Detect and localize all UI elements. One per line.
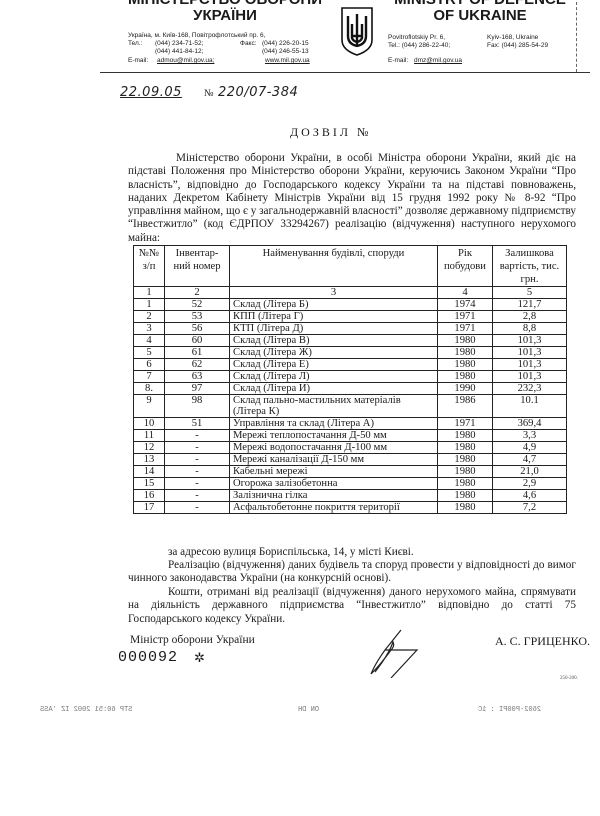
table-row: 253КПП (Літера Г)19712,8 bbox=[134, 311, 567, 323]
table-row: 8.97Склад (Літера И)1990232,3 bbox=[134, 383, 567, 395]
table-header-row: №№ з/п Інвентар-ний номер Найменування б… bbox=[134, 246, 567, 287]
serial-mark-icon: ✲ bbox=[194, 650, 205, 666]
letterhead-email-en[interactable]: dmz@mil.gov.ua bbox=[414, 57, 462, 66]
property-table: №№ з/п Інвентар-ний номер Найменування б… bbox=[133, 245, 567, 514]
row-name: Мережі теплопостачання Д-50 мм bbox=[230, 430, 438, 442]
row-year: 1980 bbox=[438, 490, 493, 502]
row-year: 1980 bbox=[438, 442, 493, 454]
row-number: 9 bbox=[134, 395, 165, 418]
row-number: 11 bbox=[134, 430, 165, 442]
signatory-position: Міністр оборони України bbox=[130, 634, 255, 646]
row-inventory: 98 bbox=[165, 395, 230, 418]
row-name: Мережі каналізації Д-150 мм bbox=[230, 454, 438, 466]
table-row: 11-Мережі теплопостачання Д-50 мм19803,3 bbox=[134, 430, 567, 442]
row-year: 1980 bbox=[438, 371, 493, 383]
table-row: 13-Мережі каналізації Д-150 мм19804,7 bbox=[134, 454, 567, 466]
row-number: 1 bbox=[134, 299, 165, 311]
paragraph-3: Кошти, отримані від реалізації (відчужен… bbox=[128, 586, 576, 626]
row-value: 101,3 bbox=[493, 371, 567, 383]
row-value: 101,3 bbox=[493, 335, 567, 347]
row-year: 1980 bbox=[438, 335, 493, 347]
row-inventory: - bbox=[165, 430, 230, 442]
intro-paragraph: Міністерство оборони України, в особі Мі… bbox=[128, 152, 576, 245]
paragraph-3-text: Кошти, отримані від реалізації (відчужен… bbox=[128, 586, 576, 625]
signatory-name: А. С. ГРИЦЕНКО. bbox=[495, 634, 590, 649]
row-year: 1980 bbox=[438, 347, 493, 359]
reference-number-sign: № bbox=[204, 88, 214, 99]
row-year: 1971 bbox=[438, 323, 493, 335]
trident-emblem-icon bbox=[340, 6, 374, 56]
row-inventory: 61 bbox=[165, 347, 230, 359]
table-row: 561Склад (Літера Ж)1980101,3 bbox=[134, 347, 567, 359]
row-year: 1971 bbox=[438, 418, 493, 430]
row-inventory: - bbox=[165, 490, 230, 502]
row-number: 7 bbox=[134, 371, 165, 383]
row-year: 1980 bbox=[438, 430, 493, 442]
header-value: Залишкова вартість, тис. грн. bbox=[493, 246, 567, 287]
row-inventory: 60 bbox=[165, 335, 230, 347]
row-name: Склад (Літера Ж) bbox=[230, 347, 438, 359]
intro-paragraph-text: Міністерство оборони України, в особі Мі… bbox=[128, 152, 576, 244]
row-name: Залізнична гілка bbox=[230, 490, 438, 502]
row-number: 12 bbox=[134, 442, 165, 454]
row-value: 232,3 bbox=[493, 383, 567, 395]
table-row: 14-Кабельні мережі198021,0 bbox=[134, 466, 567, 478]
row-name: Огорожа залізобетонна bbox=[230, 478, 438, 490]
letterhead-rule bbox=[100, 72, 590, 73]
small-note: 250-200. bbox=[560, 676, 578, 681]
row-value: 4,9 bbox=[493, 442, 567, 454]
column-number: 1 bbox=[134, 287, 165, 299]
column-number: 5 bbox=[493, 287, 567, 299]
address-text: за адресою вулиця Бориспільська, 14, у м… bbox=[168, 546, 414, 558]
row-value: 10.1 bbox=[493, 395, 567, 418]
letterhead-email-ua[interactable]: admou@mil.gov.ua; bbox=[157, 57, 214, 66]
row-name: КТП (Літера Д) bbox=[230, 323, 438, 335]
row-inventory: 52 bbox=[165, 299, 230, 311]
row-year: 1980 bbox=[438, 478, 493, 490]
row-value: 369,4 bbox=[493, 418, 567, 430]
letterhead-fax-label: Факс: bbox=[240, 40, 257, 49]
table-row: 763Склад (Літера Л)1980101,3 bbox=[134, 371, 567, 383]
letterhead-tel-label: Тел.: bbox=[128, 40, 142, 49]
row-name: Склад (Літера Б) bbox=[230, 299, 438, 311]
row-year: 1980 bbox=[438, 359, 493, 371]
column-number: 2 bbox=[165, 287, 230, 299]
row-value: 8,8 bbox=[493, 323, 567, 335]
row-inventory: - bbox=[165, 454, 230, 466]
row-inventory: 56 bbox=[165, 323, 230, 335]
table-row: 152Склад (Літера Б)1974121,7 bbox=[134, 299, 567, 311]
row-number: 16 bbox=[134, 490, 165, 502]
row-name: Склад (Літера Е) bbox=[230, 359, 438, 371]
row-year: 1986 bbox=[438, 395, 493, 418]
table-row: 356КТП (Літера Д)19718,8 bbox=[134, 323, 567, 335]
row-name: Мережі водопостачання Д-100 мм bbox=[230, 442, 438, 454]
row-number: 2 bbox=[134, 311, 165, 323]
row-number: 8. bbox=[134, 383, 165, 395]
row-name: Управління та склад (Літера А) bbox=[230, 418, 438, 430]
row-value: 21,0 bbox=[493, 466, 567, 478]
row-inventory: 97 bbox=[165, 383, 230, 395]
row-inventory: 62 bbox=[165, 359, 230, 371]
table-row: 16-Залізнична гілка19804,6 bbox=[134, 490, 567, 502]
header-number: №№ з/п bbox=[134, 246, 165, 287]
letterhead-website[interactable]: www.mil.gov.ua bbox=[265, 57, 310, 66]
row-inventory: - bbox=[165, 502, 230, 514]
header-name: Найменування будівлі, споруди bbox=[230, 246, 438, 287]
fax-footer-middle: ON DH bbox=[298, 706, 319, 714]
row-value: 4,6 bbox=[493, 490, 567, 502]
letterhead-org-ua-line2: УКРАЇНИ bbox=[125, 8, 325, 24]
row-name: Кабельні мережі bbox=[230, 466, 438, 478]
row-value: 101,3 bbox=[493, 347, 567, 359]
row-value: 3,3 bbox=[493, 430, 567, 442]
table-row: 998Склад пально-мастильних матеріалів (Л… bbox=[134, 395, 567, 418]
row-year: 1980 bbox=[438, 466, 493, 478]
row-name: Склад (Літера В) bbox=[230, 335, 438, 347]
header-year: Рік побудови bbox=[438, 246, 493, 287]
row-year: 1974 bbox=[438, 299, 493, 311]
row-inventory: - bbox=[165, 442, 230, 454]
letterhead-tel-en: Tel.: (044) 286-22-40; bbox=[388, 42, 450, 51]
row-value: 7,2 bbox=[493, 502, 567, 514]
row-inventory: - bbox=[165, 466, 230, 478]
table-row: 662Склад (Літера Е)1980101,3 bbox=[134, 359, 567, 371]
table-row: 15-Огорожа залізобетонна19802,9 bbox=[134, 478, 567, 490]
letterhead-fax-en: Fax: (044) 285-54-29 bbox=[487, 42, 548, 51]
reference-date: 22.09.05 bbox=[120, 85, 182, 100]
reference-number: 220/07-384 bbox=[218, 85, 298, 100]
row-name: Склад (Літера Л) bbox=[230, 371, 438, 383]
row-name: Склад пально-мастильних матеріалів (Літе… bbox=[230, 395, 438, 418]
row-year: 1980 bbox=[438, 454, 493, 466]
row-number: 13 bbox=[134, 454, 165, 466]
row-inventory: 51 bbox=[165, 418, 230, 430]
fax-footer-left: STP 60:51 2002 IZ 'ASS bbox=[40, 706, 132, 714]
letterhead-email-en-label: E-mail: bbox=[388, 57, 408, 66]
document-title: ДОЗВІЛ № bbox=[290, 125, 371, 140]
serial-number: 000092 bbox=[118, 649, 178, 666]
address-paragraph: за адресою вулиця Бориспільська, 14, у м… bbox=[128, 546, 576, 559]
letterhead-email-label: E-mail: bbox=[128, 57, 148, 66]
paragraph-2-text: Реалізацію (відчуження) даних будівель т… bbox=[128, 559, 576, 584]
table-row: 12-Мережі водопостачання Д-100 мм19804,9 bbox=[134, 442, 567, 454]
column-number: 3 bbox=[230, 287, 438, 299]
row-inventory: 63 bbox=[165, 371, 230, 383]
row-inventory: 53 bbox=[165, 311, 230, 323]
row-number: 4 bbox=[134, 335, 165, 347]
row-number: 6 bbox=[134, 359, 165, 371]
letterhead-tel-2: (044) 441-84-12; bbox=[155, 48, 203, 57]
table-row: 460Склад (Літера В)1980101,3 bbox=[134, 335, 567, 347]
row-value: 2,8 bbox=[493, 311, 567, 323]
paragraph-2: Реалізацію (відчуження) даних будівель т… bbox=[128, 559, 576, 586]
row-value: 2,9 bbox=[493, 478, 567, 490]
row-number: 3 bbox=[134, 323, 165, 335]
fax-edge-mark bbox=[576, 2, 578, 72]
row-number: 5 bbox=[134, 347, 165, 359]
row-name: КПП (Літера Г) bbox=[230, 311, 438, 323]
row-number: 10 bbox=[134, 418, 165, 430]
table-body: 152Склад (Літера Б)1974121,7253КПП (Літе… bbox=[134, 299, 567, 514]
handwritten-signature bbox=[365, 628, 425, 678]
row-year: 1990 bbox=[438, 383, 493, 395]
column-number: 4 bbox=[438, 287, 493, 299]
table-row: 17-Асфальтобетонне покриття території198… bbox=[134, 502, 567, 514]
letterhead-org-en-line2: OF UKRAINE bbox=[380, 8, 580, 24]
table-column-numbers-row: 1 2 3 4 5 bbox=[134, 287, 567, 299]
row-name: Склад (Літера И) bbox=[230, 383, 438, 395]
row-value: 101,3 bbox=[493, 359, 567, 371]
header-inventory: Інвентар-ний номер bbox=[165, 246, 230, 287]
row-number: 15 bbox=[134, 478, 165, 490]
row-name: Асфальтобетонне покриття території bbox=[230, 502, 438, 514]
letterhead-fax-2: (044) 246-55-13 bbox=[262, 48, 309, 57]
row-year: 1971 bbox=[438, 311, 493, 323]
table-row: 1051Управління та склад (Літера А)197136… bbox=[134, 418, 567, 430]
row-number: 17 bbox=[134, 502, 165, 514]
row-year: 1980 bbox=[438, 502, 493, 514]
fax-footer-right: 2602-P00PI : 1C bbox=[478, 706, 541, 714]
row-inventory: - bbox=[165, 478, 230, 490]
row-number: 14 bbox=[134, 466, 165, 478]
row-value: 121,7 bbox=[493, 299, 567, 311]
row-value: 4,7 bbox=[493, 454, 567, 466]
